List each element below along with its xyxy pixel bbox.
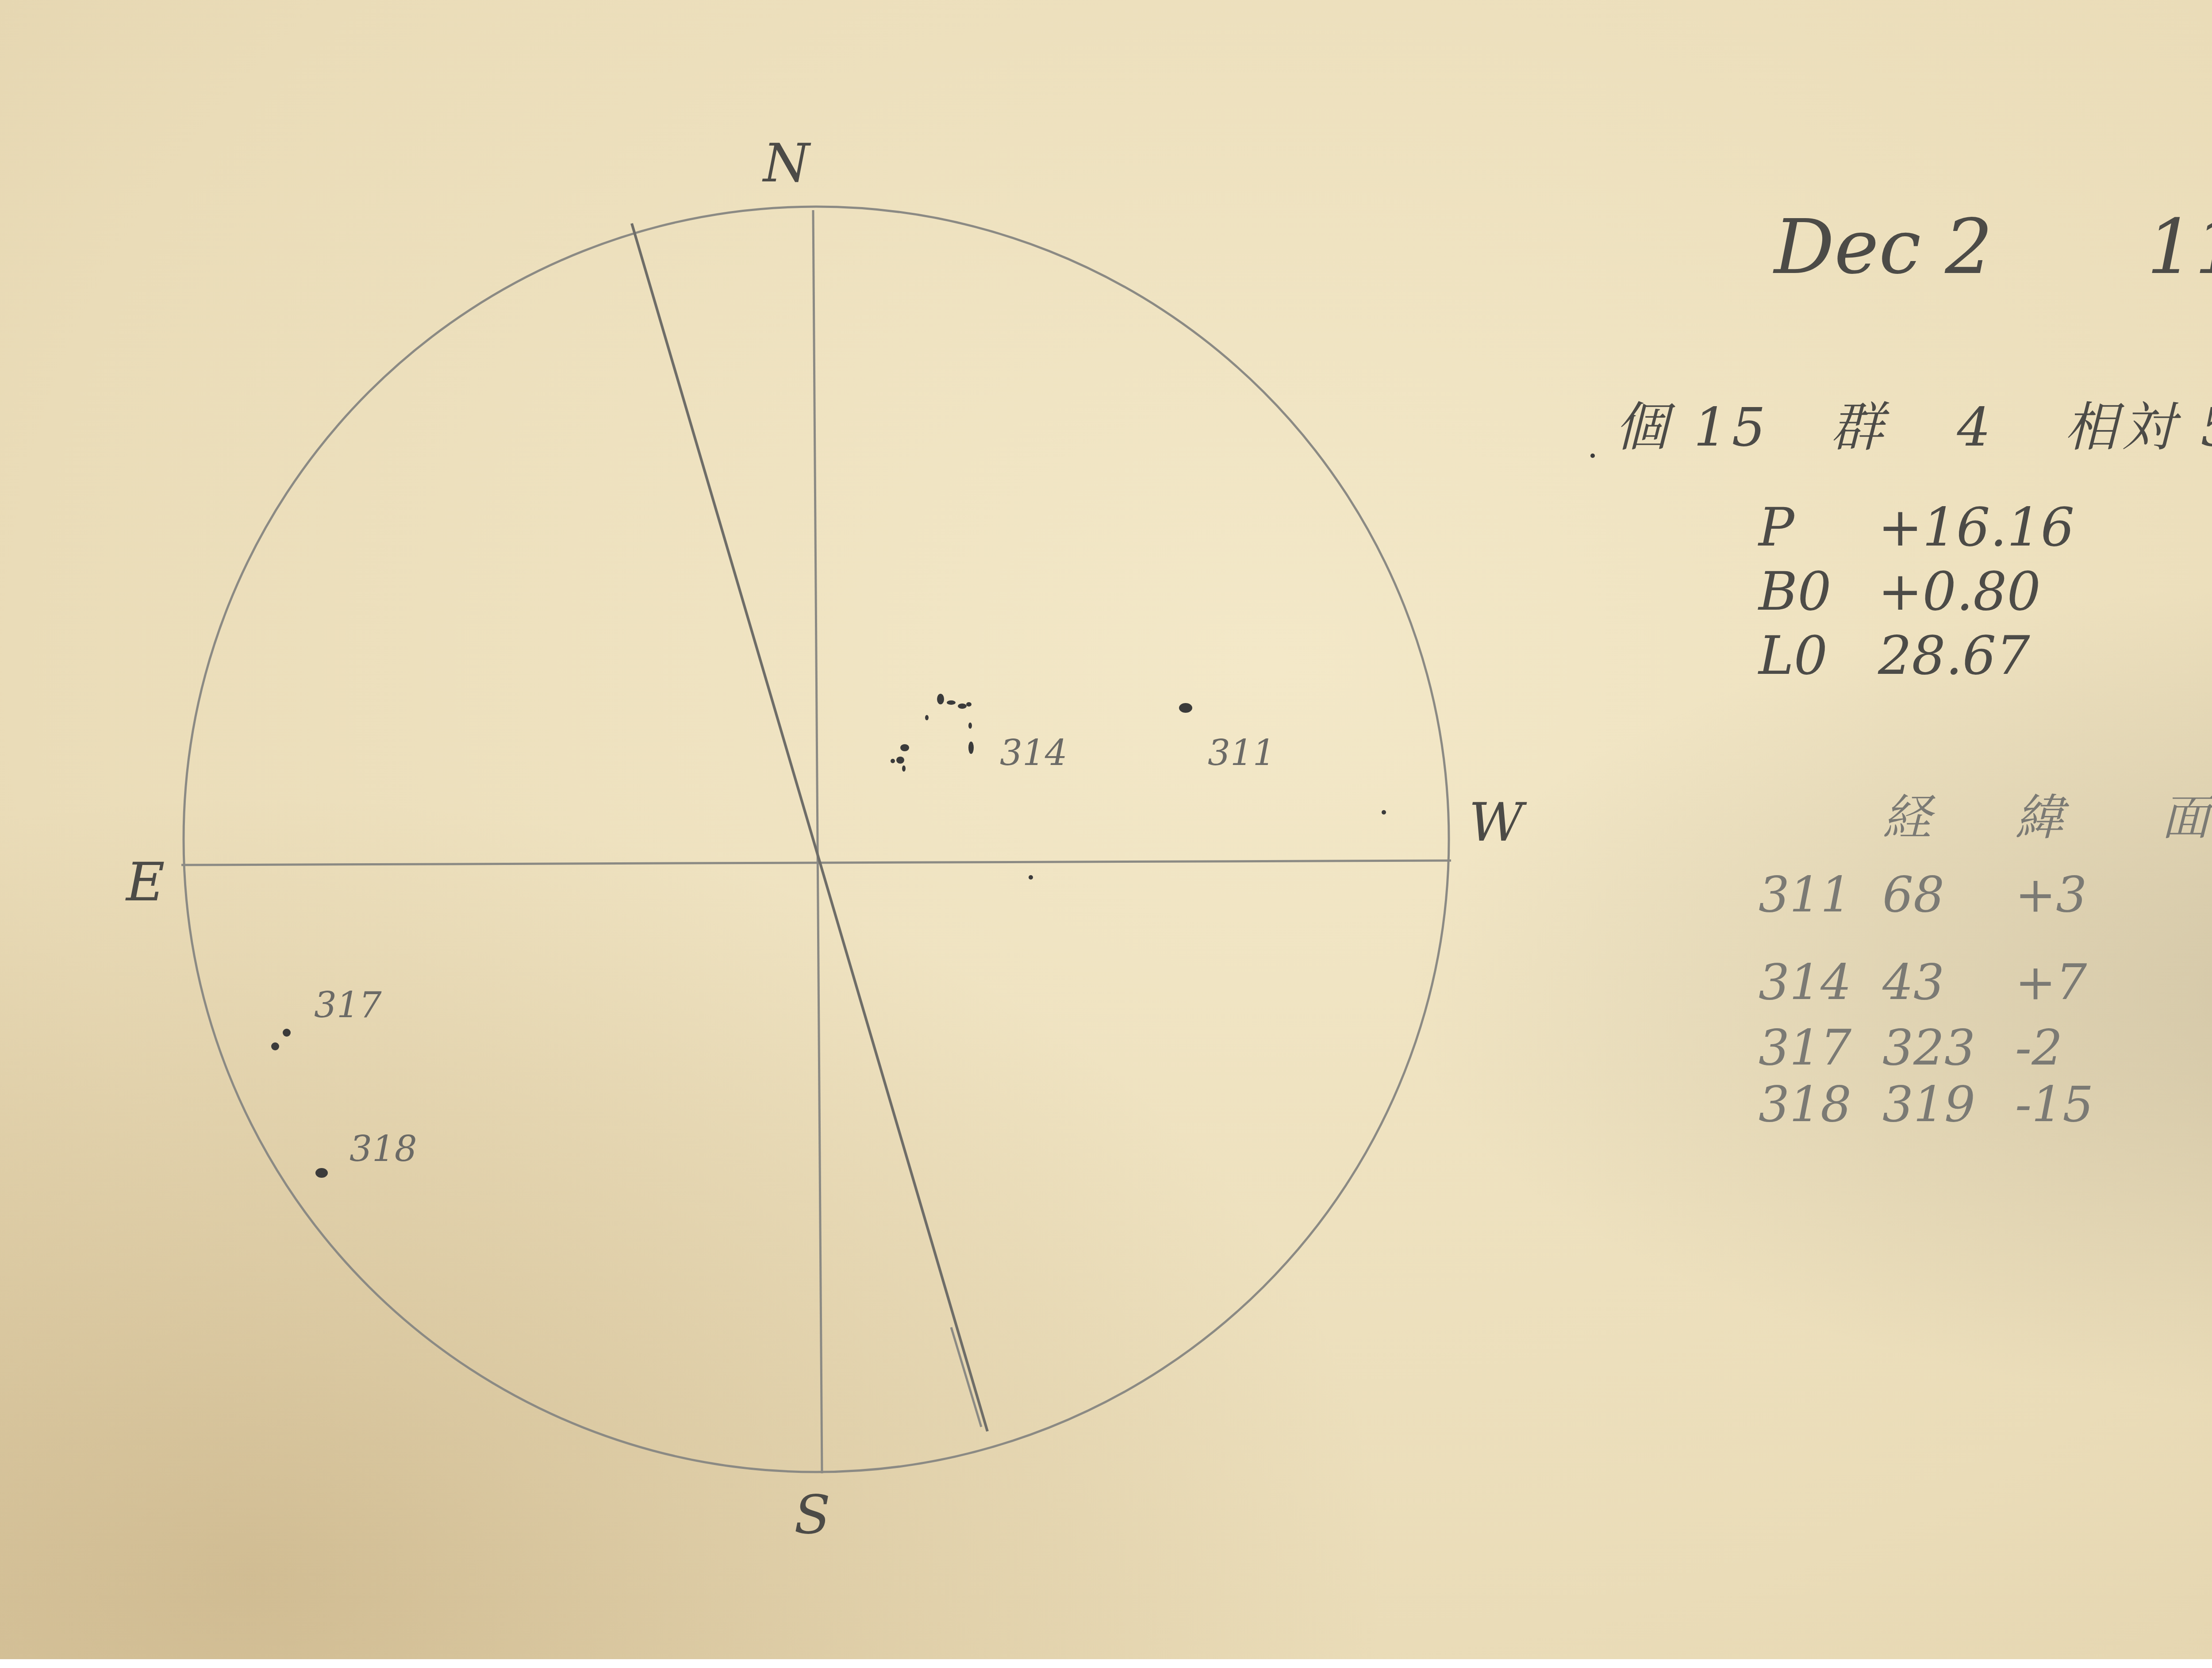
group-label-318: 318 bbox=[349, 1128, 417, 1169]
parameter-key: B0 bbox=[1759, 560, 1834, 624]
column-header bbox=[1759, 779, 1882, 849]
group-area bbox=[2161, 954, 2212, 1011]
parameter-value: +16.16 bbox=[1878, 496, 2074, 560]
group-number: 317 bbox=[1759, 1019, 1882, 1076]
group-number: 311 bbox=[1759, 866, 1882, 923]
column-header-area: 面積 bbox=[2161, 779, 2212, 849]
group-count-value: 4 bbox=[1957, 397, 1995, 458]
group-area bbox=[2161, 866, 2212, 923]
table-header: 経 緯 面積 bbox=[1759, 779, 2212, 849]
solar-rotation-axis-retrace bbox=[951, 1327, 981, 1427]
parameter-value: 28.67 bbox=[1878, 624, 2030, 688]
solar-rotation-axis bbox=[632, 223, 987, 1431]
group-label-314: 314 bbox=[1000, 732, 1068, 773]
observation-time: 11 bbox=[2147, 204, 2212, 291]
sunspot-group-317 bbox=[271, 1029, 291, 1050]
west-label: W bbox=[1469, 792, 1523, 853]
parameter-row-l0: L0 28.67 bbox=[1759, 624, 2074, 688]
observation-date: Dec 2 bbox=[1774, 204, 1993, 291]
group-longitude: 68 bbox=[1882, 866, 2015, 923]
north-label: N bbox=[763, 133, 810, 194]
relative-number-value: 55 bbox=[2200, 397, 2212, 458]
sunspot-group-318 bbox=[315, 1168, 328, 1178]
column-header-latitude: 緯 bbox=[2015, 779, 2161, 849]
group-latitude: -15 bbox=[2015, 1076, 2161, 1133]
parameter-key: P bbox=[1759, 496, 1834, 560]
small-mark bbox=[1382, 810, 1386, 815]
small-mark bbox=[1590, 454, 1595, 458]
counts-line: 個 15 群 4 相対 55 bbox=[1615, 385, 2212, 461]
sunspot-group-311 bbox=[1179, 703, 1192, 713]
parameter-value: +0.80 bbox=[1878, 560, 2041, 624]
group-area bbox=[2161, 1019, 2212, 1076]
table-row: 318 319 -15 bbox=[1759, 1076, 2212, 1133]
sunspot-group-314 bbox=[891, 694, 974, 772]
table-row: 311 68 +3 bbox=[1759, 866, 2212, 923]
solar-disk-outline bbox=[184, 207, 1449, 1472]
group-latitude: -2 bbox=[2015, 1019, 2161, 1076]
group-label-317: 317 bbox=[314, 984, 382, 1026]
spot-count-label: 個 bbox=[1615, 397, 1672, 458]
east-label: E bbox=[126, 852, 165, 913]
table-row: 314 43 +7 bbox=[1759, 954, 2212, 1011]
parameter-key: L0 bbox=[1759, 624, 1834, 688]
parameter-row-p: P +16.16 bbox=[1759, 496, 2074, 560]
group-count-label: 群 bbox=[1830, 397, 1888, 458]
east-west-axis bbox=[181, 861, 1451, 865]
group-label-311: 311 bbox=[1208, 732, 1275, 773]
south-label: S bbox=[794, 1484, 830, 1546]
solar-parameters: P +16.16 B0 +0.80 L0 28.67 bbox=[1759, 496, 2074, 688]
group-longitude: 43 bbox=[1882, 954, 2015, 1011]
observation-date-time: Dec 2 11h bbox=[1774, 204, 2212, 291]
group-longitude: 319 bbox=[1882, 1076, 2015, 1133]
column-header-longitude: 経 bbox=[1882, 779, 2015, 849]
table-row: 317 323 -2 bbox=[1759, 1019, 2212, 1076]
group-longitude: 323 bbox=[1882, 1019, 2015, 1076]
group-number: 314 bbox=[1759, 954, 1882, 1011]
small-mark bbox=[1029, 875, 1033, 880]
group-area bbox=[2161, 1076, 2212, 1133]
sunspot-group-table: 経 緯 面積 311 68 +3 314 43 +7 317 323 -2 31… bbox=[1759, 779, 2212, 1133]
relative-number-label: 相対 bbox=[2064, 397, 2179, 458]
group-number: 318 bbox=[1759, 1076, 1882, 1133]
group-latitude: +7 bbox=[2015, 954, 2161, 1011]
group-latitude: +3 bbox=[2015, 866, 2161, 923]
parameter-row-b0: B0 +0.80 bbox=[1759, 560, 2074, 624]
spot-count-value: 15 bbox=[1694, 397, 1770, 458]
